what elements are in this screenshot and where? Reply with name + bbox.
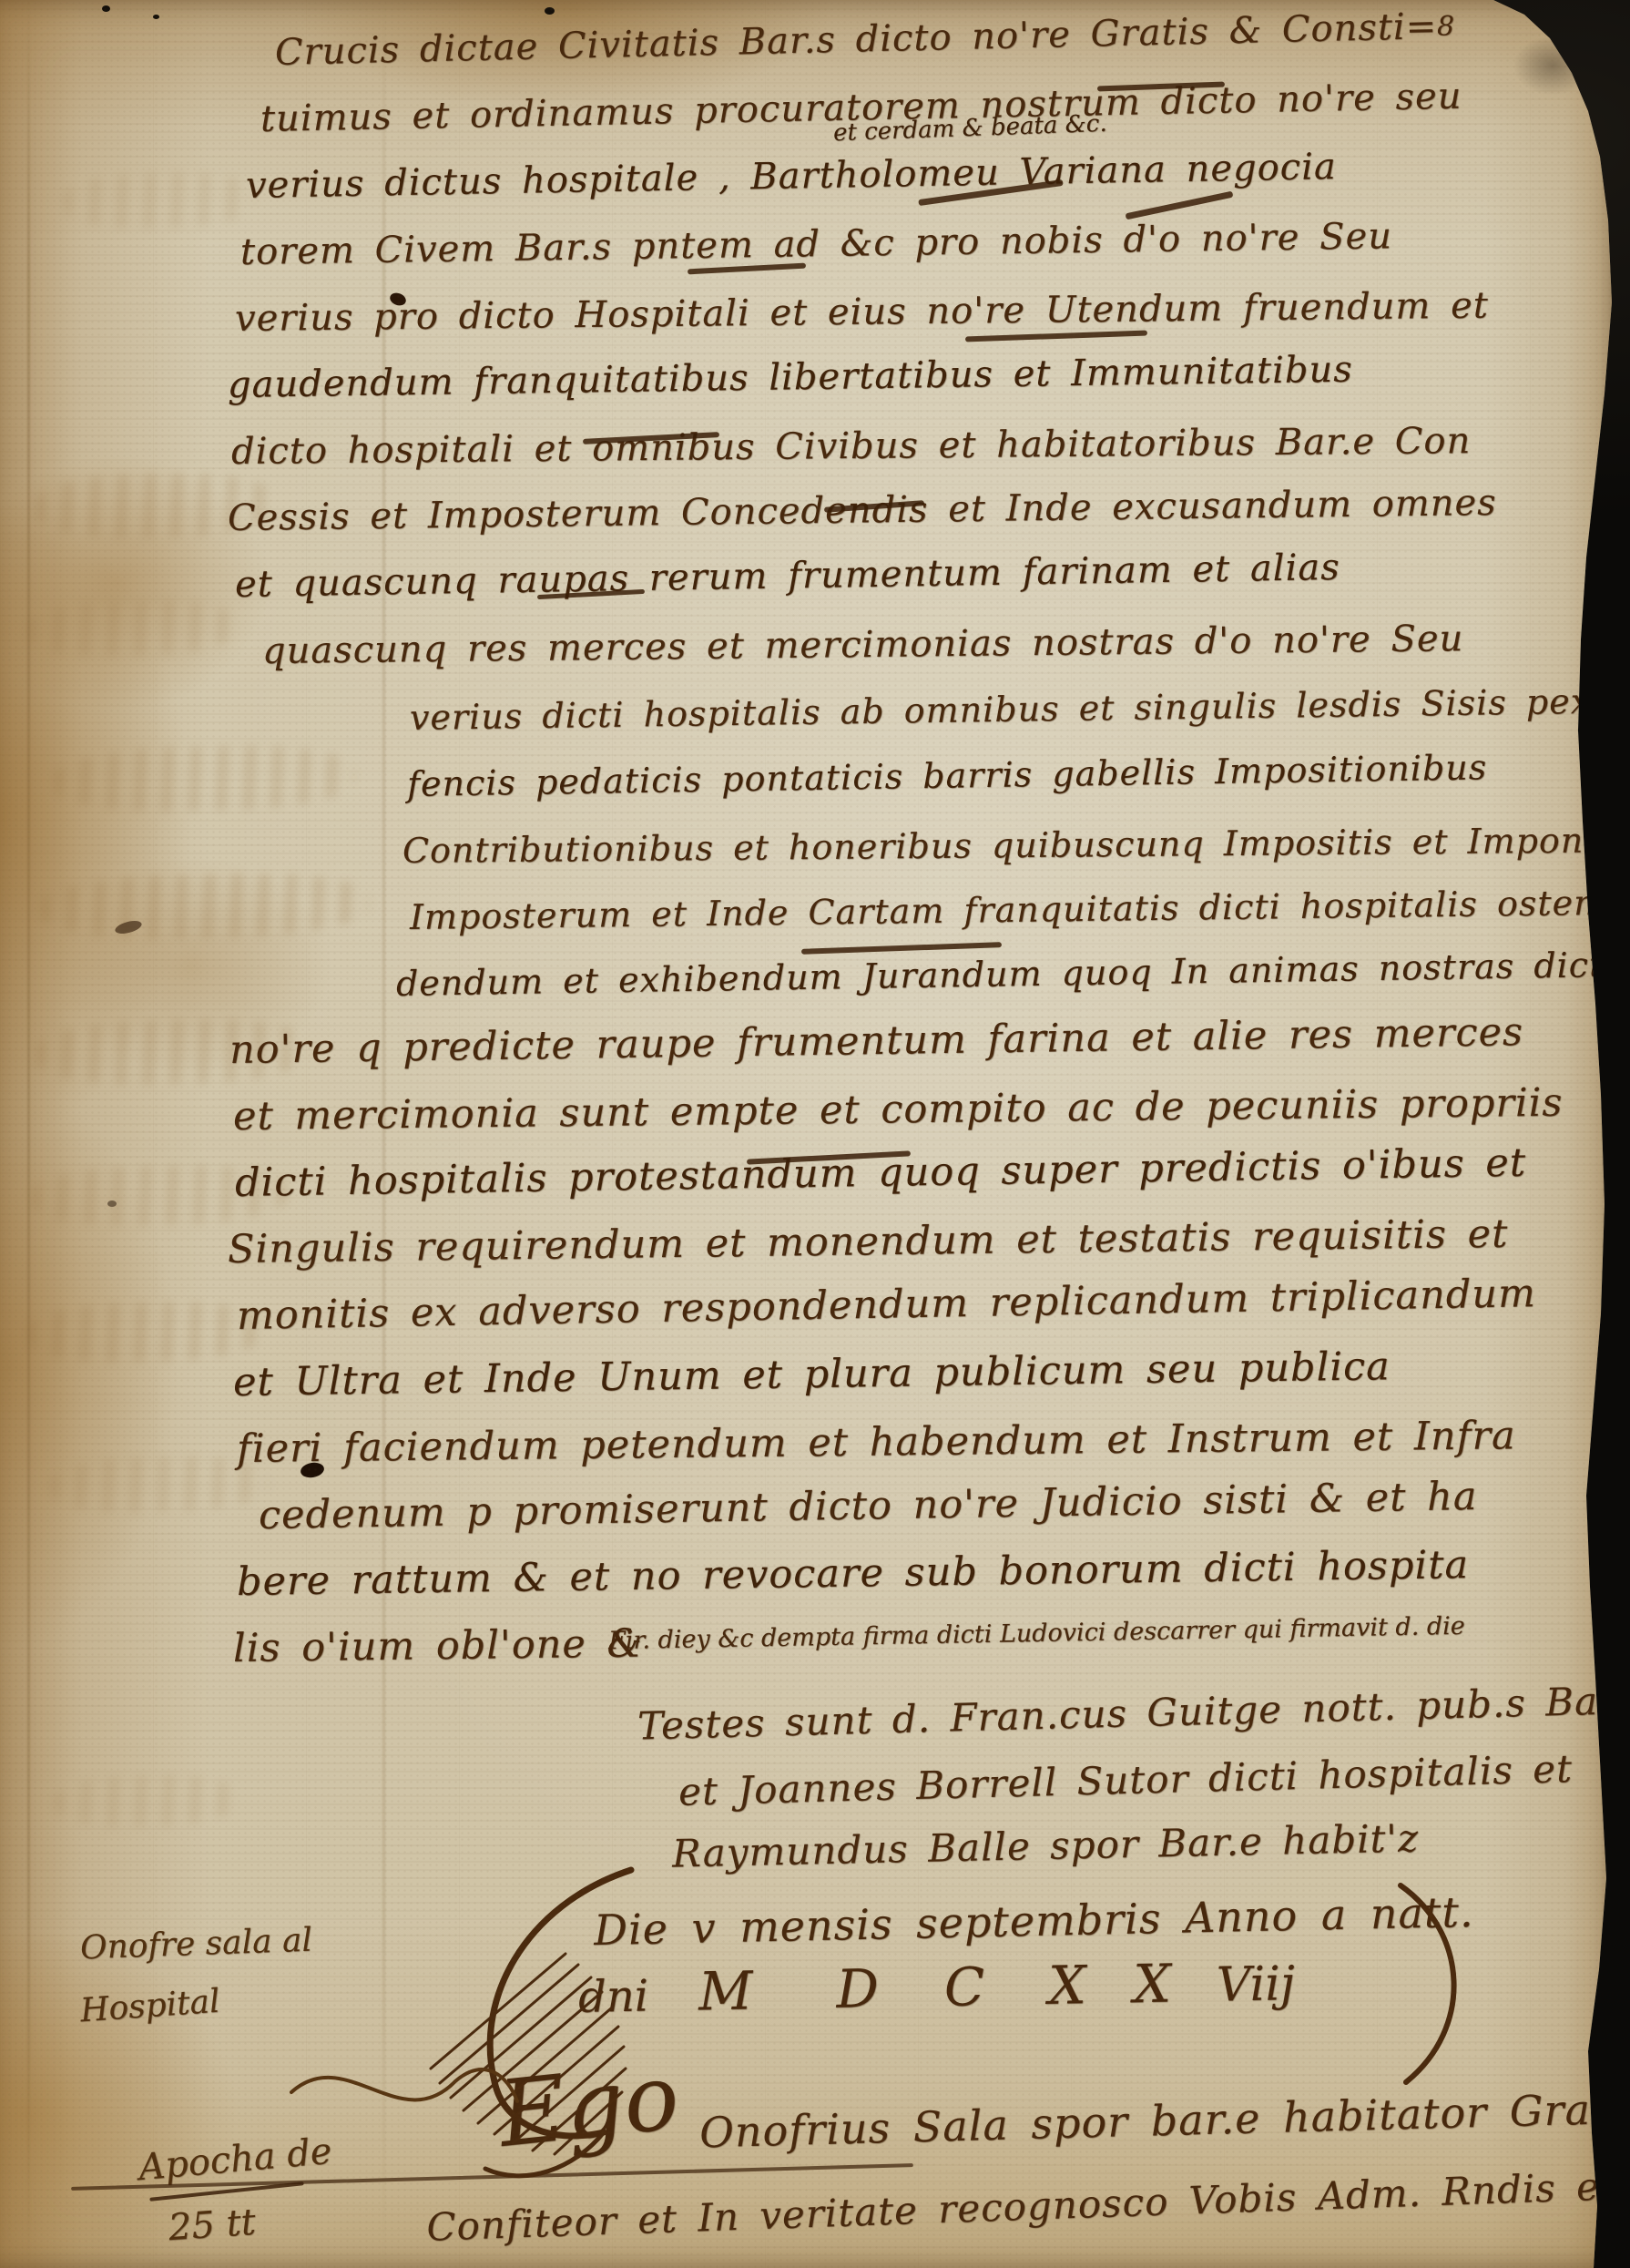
margin-note-onofre: Onofre sala al	[79, 1922, 312, 1967]
roman-numeral: Viij	[1216, 1956, 1295, 2012]
bleedthrough-mark	[26, 598, 237, 659]
main-text-block: Crucis dictae Civitatis Bar.s dicto no'r…	[228, 20, 1557, 1682]
ink-speck	[545, 7, 555, 15]
roman-numeral: D	[836, 1957, 880, 2020]
witness-line: et Joannes Borrell Sutor dicti hospitali…	[678, 1746, 1574, 1814]
roman-numeral: X	[1133, 1953, 1171, 2016]
bleedthrough-mark	[54, 1773, 237, 1828]
date-numerals-line: dniMDCXXViij	[577, 1950, 1295, 2025]
roman-numeral: C	[943, 1956, 985, 2018]
witness-line: Testes sunt d. Fran.cus Guitge nott. pub…	[637, 1677, 1630, 1748]
date-line: Die v mensis septembris Anno a natt.	[594, 1887, 1474, 1955]
manuscript-page: 8 et cerdam & beata &c. Crucis dictae Ci…	[0, 0, 1630, 2268]
witness-line: Raymundus Balle spor Bar.e habit'z	[672, 1815, 1420, 1875]
photo-backdrop: 8 et cerdam & beata &c. Crucis dictae Ci…	[0, 0, 1630, 2268]
closing-line: Onofrius Sala spor bar.e habitator Grati…	[698, 2082, 1630, 2158]
ink-speck	[102, 5, 110, 12]
roman-numeral: M	[698, 1960, 753, 2023]
date-bracket-flourish	[1384, 1875, 1484, 2093]
paper-crease	[27, 0, 30, 2268]
margin-note-amount: 25 tt	[168, 2202, 258, 2250]
margin-note-hospital: Hospital	[79, 1983, 221, 2030]
roman-numeral: X	[1048, 1954, 1086, 2017]
ink-speck	[153, 15, 159, 19]
margin-flourish	[273, 2036, 537, 2145]
ink-speck	[107, 1200, 117, 1207]
